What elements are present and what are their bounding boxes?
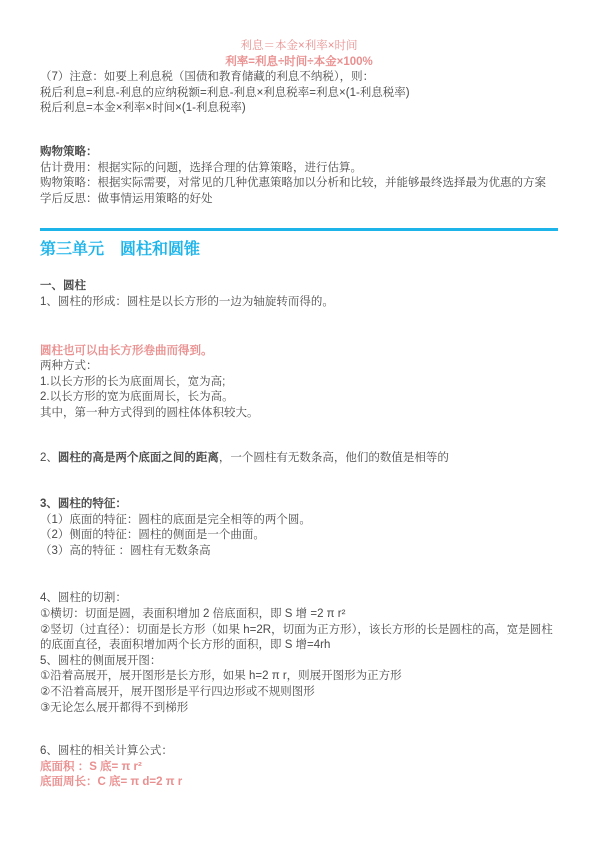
base-circumference-formula: 底面周长：C 底= π d=2 π r — [40, 775, 558, 791]
cylinder-roll-note: 圆柱也可以由长方形卷曲而得到。 — [40, 344, 558, 360]
cylinder-formulas-section: 6、圆柱的相关计算公式： 底面积 ：S 底= π r² 底面周长：C 底= π … — [40, 744, 558, 791]
interest-tax-note: （7）注意：如要上利息税（国债和教育储藏的利息不纳税），则： — [40, 70, 558, 86]
cylinder-formation-line: 1、圆柱的形成：圆柱是以长方形的一边为轴旋转而得的。 — [40, 295, 558, 311]
base-area-formula: 底面积 ：S 底= π r² — [40, 760, 558, 776]
way-compare-line: 其中，第一种方式得到的圆柱体体积较大。 — [40, 406, 558, 422]
unit-heading: 第三单元 圆柱和圆锥 — [40, 240, 558, 260]
shopping-estimate-line: 估计费用：根据实际的问题，选择合理的估算策略，进行估算。 — [40, 161, 558, 177]
after-tax-formula-1: 税后利息=利息-利息的应纳税额=利息-利息×利息税率=利息×(1-利息税率) — [40, 86, 558, 102]
shopping-heading: 购物策略： — [40, 145, 558, 161]
cut-vertical-line: ②竖切（过直径）：切面是长方形（如果 h=2R，切面为正方形），该长方形的长是圆… — [40, 623, 558, 654]
unfold-along-height-line: ①沿着高展开，展开图形是长方形，如果 h=2 π r，则展开图形为正方形 — [40, 669, 558, 685]
cylinder-intro-section: 一、圆柱 1、圆柱的形成：圆柱是以长方形的一边为轴旋转而得的。 — [40, 279, 558, 310]
shopping-strategy-line: 购物策略：根据实际需要，对常见的几种优惠策略加以分析和比较，并能够最终选择最为优… — [40, 176, 558, 192]
way1-line: 1.以长方形的长为底面周长，宽为高; — [40, 375, 558, 391]
after-tax-formula-2: 税后利息=本金×利率×时间×(1-利息税率) — [40, 101, 558, 117]
height-bold-text: 圆柱的高是两个底面之间的距离 — [58, 452, 219, 464]
section-divider — [40, 228, 558, 231]
cut-heading: 4、圆柱的切割： — [40, 591, 558, 607]
rate-formula-line: 利率=利息÷时间÷本金×100% — [40, 55, 558, 71]
shopping-strategy-section: 购物策略： 估计费用：根据实际的问题，选择合理的估算策略，进行估算。 购物策略：… — [40, 145, 558, 207]
shopping-reflect-line: 学后反思：做事情运用策略的好处 — [40, 192, 558, 208]
two-ways-line: 两种方式： — [40, 359, 558, 375]
unfold-heading: 5、圆柱的侧面展开图： — [40, 654, 558, 670]
cylinder-height-line: 2、圆柱的高是两个底面之间的距离，一个圆柱有无数条高，他们的数值是相等的 — [40, 451, 558, 467]
interest-formula-line: 利息＝本金×利率×时间 — [40, 39, 558, 55]
feature-side-line: （2）侧面的特征：圆柱的侧面是一个曲面。 — [40, 528, 558, 544]
unfold-no-trapezoid-line: ③无论怎么展开都得不到梯形 — [40, 701, 558, 717]
cylinder-cut-section: 4、圆柱的切割： ①横切：切面是圆，表面积增加 2 倍底面积，即 S 增 =2 … — [40, 591, 558, 716]
way2-line: 2.以长方形的宽为底面周长，长为高。 — [40, 390, 558, 406]
features-heading: 3、圆柱的特征： — [40, 497, 558, 513]
height-number-prefix: 2、 — [40, 452, 58, 464]
formulas-heading: 6、圆柱的相关计算公式： — [40, 744, 558, 760]
cylinder-roll-section: 圆柱也可以由长方形卷曲而得到。 两种方式： 1.以长方形的长为底面周长，宽为高;… — [40, 344, 558, 422]
cylinder-height-section: 2、圆柱的高是两个底面之间的距离，一个圆柱有无数条高，他们的数值是相等的 — [40, 451, 558, 467]
cylinder-features-section: 3、圆柱的特征： （1）底面的特征：圆柱的底面是完全相等的两个圆。 （2）侧面的… — [40, 497, 558, 559]
unfold-not-along-height-line: ②不沿着高展开，展开图形是平行四边形或不规则图形 — [40, 685, 558, 701]
interest-section: 利息＝本金×利率×时间 利率=利息÷时间÷本金×100% （7）注意：如要上利息… — [40, 39, 558, 117]
document-page: 利息＝本金×利率×时间 利率=利息÷时间÷本金×100% （7）注意：如要上利息… — [0, 0, 596, 842]
feature-height-line: （3）高的特征 ：圆柱有无数条高 — [40, 544, 558, 560]
feature-base-line: （1）底面的特征：圆柱的底面是完全相等的两个圆。 — [40, 513, 558, 529]
cut-horizontal-line: ①横切：切面是圆，表面积增加 2 倍底面积，即 S 增 =2 π r² — [40, 607, 558, 623]
cylinder-part-heading: 一、圆柱 — [40, 279, 558, 295]
height-rest-text: ，一个圆柱有无数条高，他们的数值是相等的 — [219, 452, 449, 464]
